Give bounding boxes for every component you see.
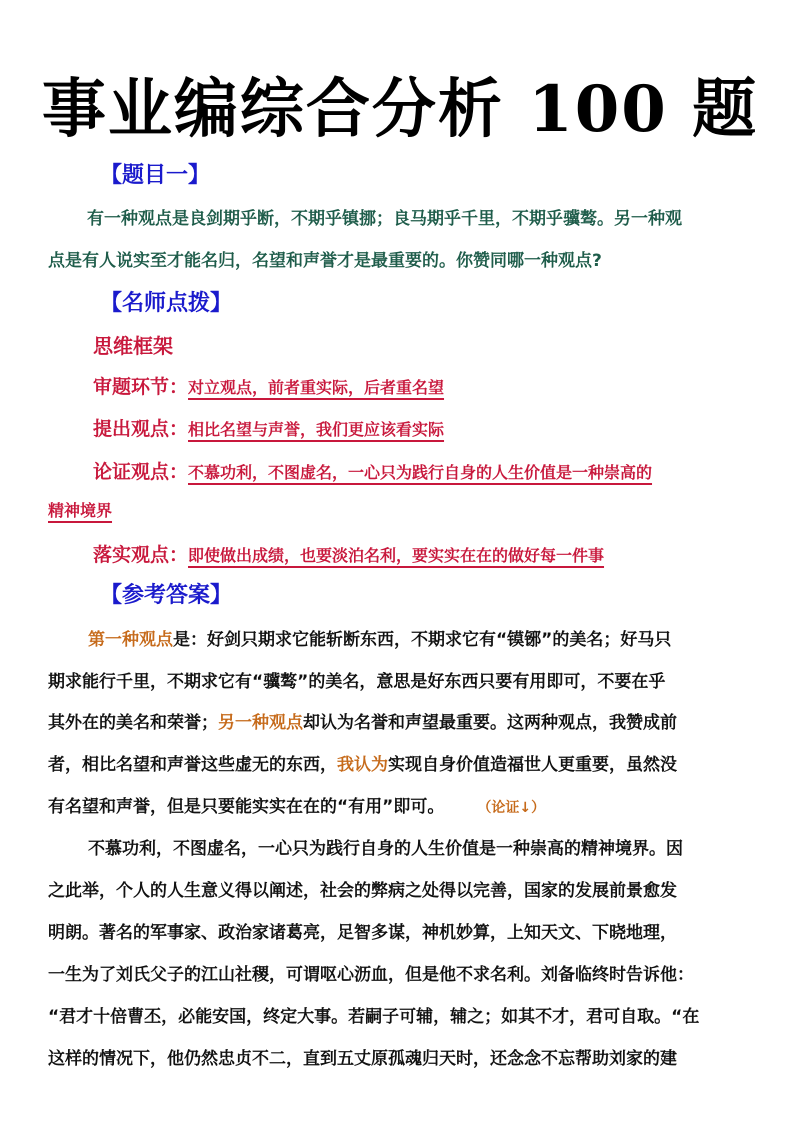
answer-p2-line-6: 这样的情况下，他仍然忠贞不二，直到五丈原孤魂归天时，还念念不忘帮助刘家的建 (48, 1044, 677, 1069)
answer-text: 有名望和声誉，但是只要能实实在在的“有用”即可。 (48, 797, 444, 817)
guide-item-argue-cont: 精神境界 (48, 498, 112, 521)
answer-p2-line-4: 一生为了刘氏父子的江山社稷，可谓呕心沥血，但是他不求名利。刘备临终时告诉他： (48, 960, 694, 985)
answer-p2-line-3: 明朗。著名的军事家、政治家诸葛亮，足智多谋，神机妙算，上知天文、下晓地理， (48, 918, 677, 943)
guide-header: 【名师点拨】 (100, 286, 232, 317)
highlight-text: 第一种观点 (88, 630, 173, 650)
answer-text: 其外在的美名和荣誉； (48, 713, 218, 733)
guide-text: 相比名望与声誉，我们更应该看实际 (188, 420, 444, 439)
highlight-text: 我认为 (337, 755, 388, 775)
question-line-2: 点是有人说实至才能名归，名望和声誉才是最重要的。你赞同哪一种观点? (48, 246, 602, 271)
answer-p2-line-2: 之此举，个人的人生意义得以阐述，社会的弊病之处得以完善，国家的发展前景愈发 (48, 876, 677, 901)
guide-text: 不慕功利，不图虚名，一心只为践行自身的人生价值是一种崇高的 (188, 463, 652, 482)
answer-line-1: 第一种观点是：好剑只期求它能斩断东西，不期求它有“镆铘”的美名；好马只 (88, 625, 671, 650)
guide-text: 对立观点，前者重实际，后者重名望 (188, 378, 444, 397)
guide-label: 审题环节： (93, 376, 188, 398)
answer-text: 者，相比名望和声誉这些虚无的东西， (48, 755, 337, 775)
framework-heading: 思维框架 (93, 330, 173, 359)
answer-text: 却认为名誉和声望最重要。这两种观点，我赞成前 (303, 713, 677, 733)
answer-p2-line-1: 不慕功利，不图虚名，一心只为践行自身的人生价值是一种崇高的精神境界。因 (88, 834, 683, 859)
guide-label: 论证观点： (93, 461, 188, 483)
answer-text: 是：好剑只期求它能斩断东西，不期求它有“镆铘”的美名；好马只 (173, 630, 671, 650)
highlight-text: 另一种观点 (218, 713, 303, 733)
guide-item-propose: 提出观点：相比名望与声誉，我们更应该看实际 (93, 414, 444, 441)
page-title: 事业编综合分析 100 题 (0, 58, 800, 150)
argument-note: （论证↓） (484, 800, 545, 816)
guide-label: 提出观点： (93, 418, 188, 440)
question-header: 【题目一】 (100, 158, 210, 189)
answer-header: 【参考答案】 (100, 578, 232, 609)
answer-line-4: 者，相比名望和声誉这些虚无的东西，我认为实现自身价值造福世人更重要，虽然没 (48, 750, 677, 775)
answer-line-3: 其外在的美名和荣誉；另一种观点却认为名誉和声望最重要。这两种观点，我赞成前 (48, 708, 677, 733)
guide-text: 即使做出成绩，也要淡泊名利，要实实在在的做好每一件事 (188, 546, 604, 565)
guide-text: 精神境界 (48, 501, 112, 520)
guide-item-review: 审题环节：对立观点，前者重实际，后者重名望 (93, 372, 444, 399)
answer-p2-line-5: “君才十倍曹丕，必能安国，终定大事。若嗣子可辅，辅之；如其不才，君可自取。“在 (48, 1002, 699, 1027)
guide-item-argue: 论证观点：不慕功利，不图虚名，一心只为践行自身的人生价值是一种崇高的 (93, 457, 652, 484)
guide-item-implement: 落实观点：即使做出成绩，也要淡泊名利，要实实在在的做好每一件事 (93, 540, 604, 567)
answer-text: 实现自身价值造福世人更重要，虽然没 (388, 755, 677, 775)
answer-line-5: 有名望和声誉，但是只要能实实在在的“有用”即可。（论证↓） (48, 792, 545, 817)
question-line-1: 有一种观点是良剑期乎断，不期乎镇挪；良马期乎千里，不期乎骥骜。另一种观 (87, 204, 682, 229)
answer-line-2: 期求能行千里，不期求它有“骥骜”的美名，意思是好东西只要有用即可，不要在乎 (48, 667, 665, 692)
guide-label: 落实观点： (93, 544, 188, 566)
